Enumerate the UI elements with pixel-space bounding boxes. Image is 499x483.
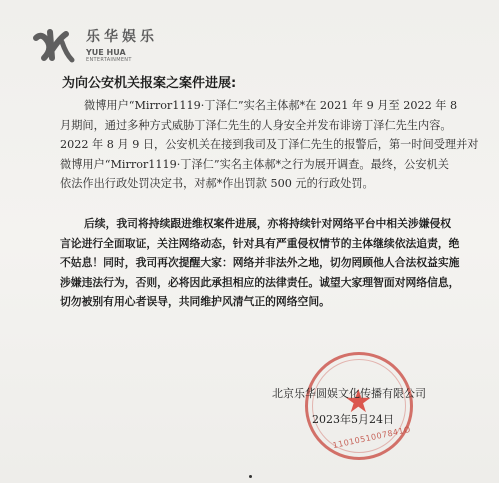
paragraph-line: 言论进行全面取证，关注网络动态，针对具有严重侵权情节的主体继续依法追责，绝 — [60, 234, 450, 254]
signature-date: 2023年5月24日 — [304, 411, 458, 427]
paragraph-line: 微博用户“Mirror1119·丁泽仁”实名主体郝*之行为展开调查。最终，公安机… — [60, 155, 450, 175]
signature-company: 北京乐华圆娱文化传播有限公司 — [272, 385, 426, 401]
paragraph-line: 月期间，通过多种方式威胁丁泽仁先生的人身安全并发布诽谤丁泽仁先生内容。 — [60, 116, 450, 136]
company-logo: 乐华娱乐 YUE HUA ENTERTAINMENT — [32, 28, 158, 64]
paragraph-line: 依法作出行政处罚决定书，对郝*作出罚款 500 元的行政处罚。 — [60, 174, 450, 194]
logo-english-subtitle: ENTERTAINMENT — [86, 57, 158, 63]
paragraph-line: 切勿被别有用心者误导，共同维护风清气正的网络空间。 — [60, 292, 450, 312]
paragraph-case-details: 微博用户“Mirror1119·丁泽仁”实名主体郝*在 2021 年 9 月至 … — [60, 96, 450, 194]
logo-english-name: YUE HUA — [86, 48, 158, 57]
paragraph-line: 微博用户“Mirror1119·丁泽仁”实名主体郝*在 2021 年 9 月至 … — [60, 96, 450, 116]
paragraph-line: 涉嫌违法行为，否则，必将因此承担相应的法律责任。诚望大家理智面对网络信息， — [60, 273, 450, 293]
seal-registration-number: 1101051007841O — [332, 425, 412, 450]
page-dot — [249, 475, 252, 478]
document-page: 乐华娱乐 YUE HUA ENTERTAINMENT 为向公安机关报案之案件进展… — [0, 0, 499, 483]
paragraph-line: 2022 年 8 月 9 日，公安机关在接到我司及丁泽仁先生的报警后，第一时间受… — [60, 135, 450, 155]
signature-block: 北京乐华圆娱文化传播有限公司 2023年5月24日 — [272, 385, 426, 427]
paragraph-line: 不姑息！同时，我司再次提醒大家：网络并非法外之地，切勿罔顾他人合法权益实施 — [60, 253, 450, 273]
logo-chinese-name: 乐华娱乐 — [86, 29, 158, 45]
document-title: 为向公安机关报案之案件进展: — [62, 72, 236, 91]
paragraph-line: 后续，我司将持续跟进维权案件进展，亦将持续针对网络平台中相关涉嫌侵权 — [60, 214, 450, 234]
paragraph-follow-up: 后续，我司将持续跟进维权案件进展，亦将持续针对网络平台中相关涉嫌侵权 言论进行全… — [60, 214, 450, 312]
yuehua-logo-icon — [32, 28, 76, 64]
